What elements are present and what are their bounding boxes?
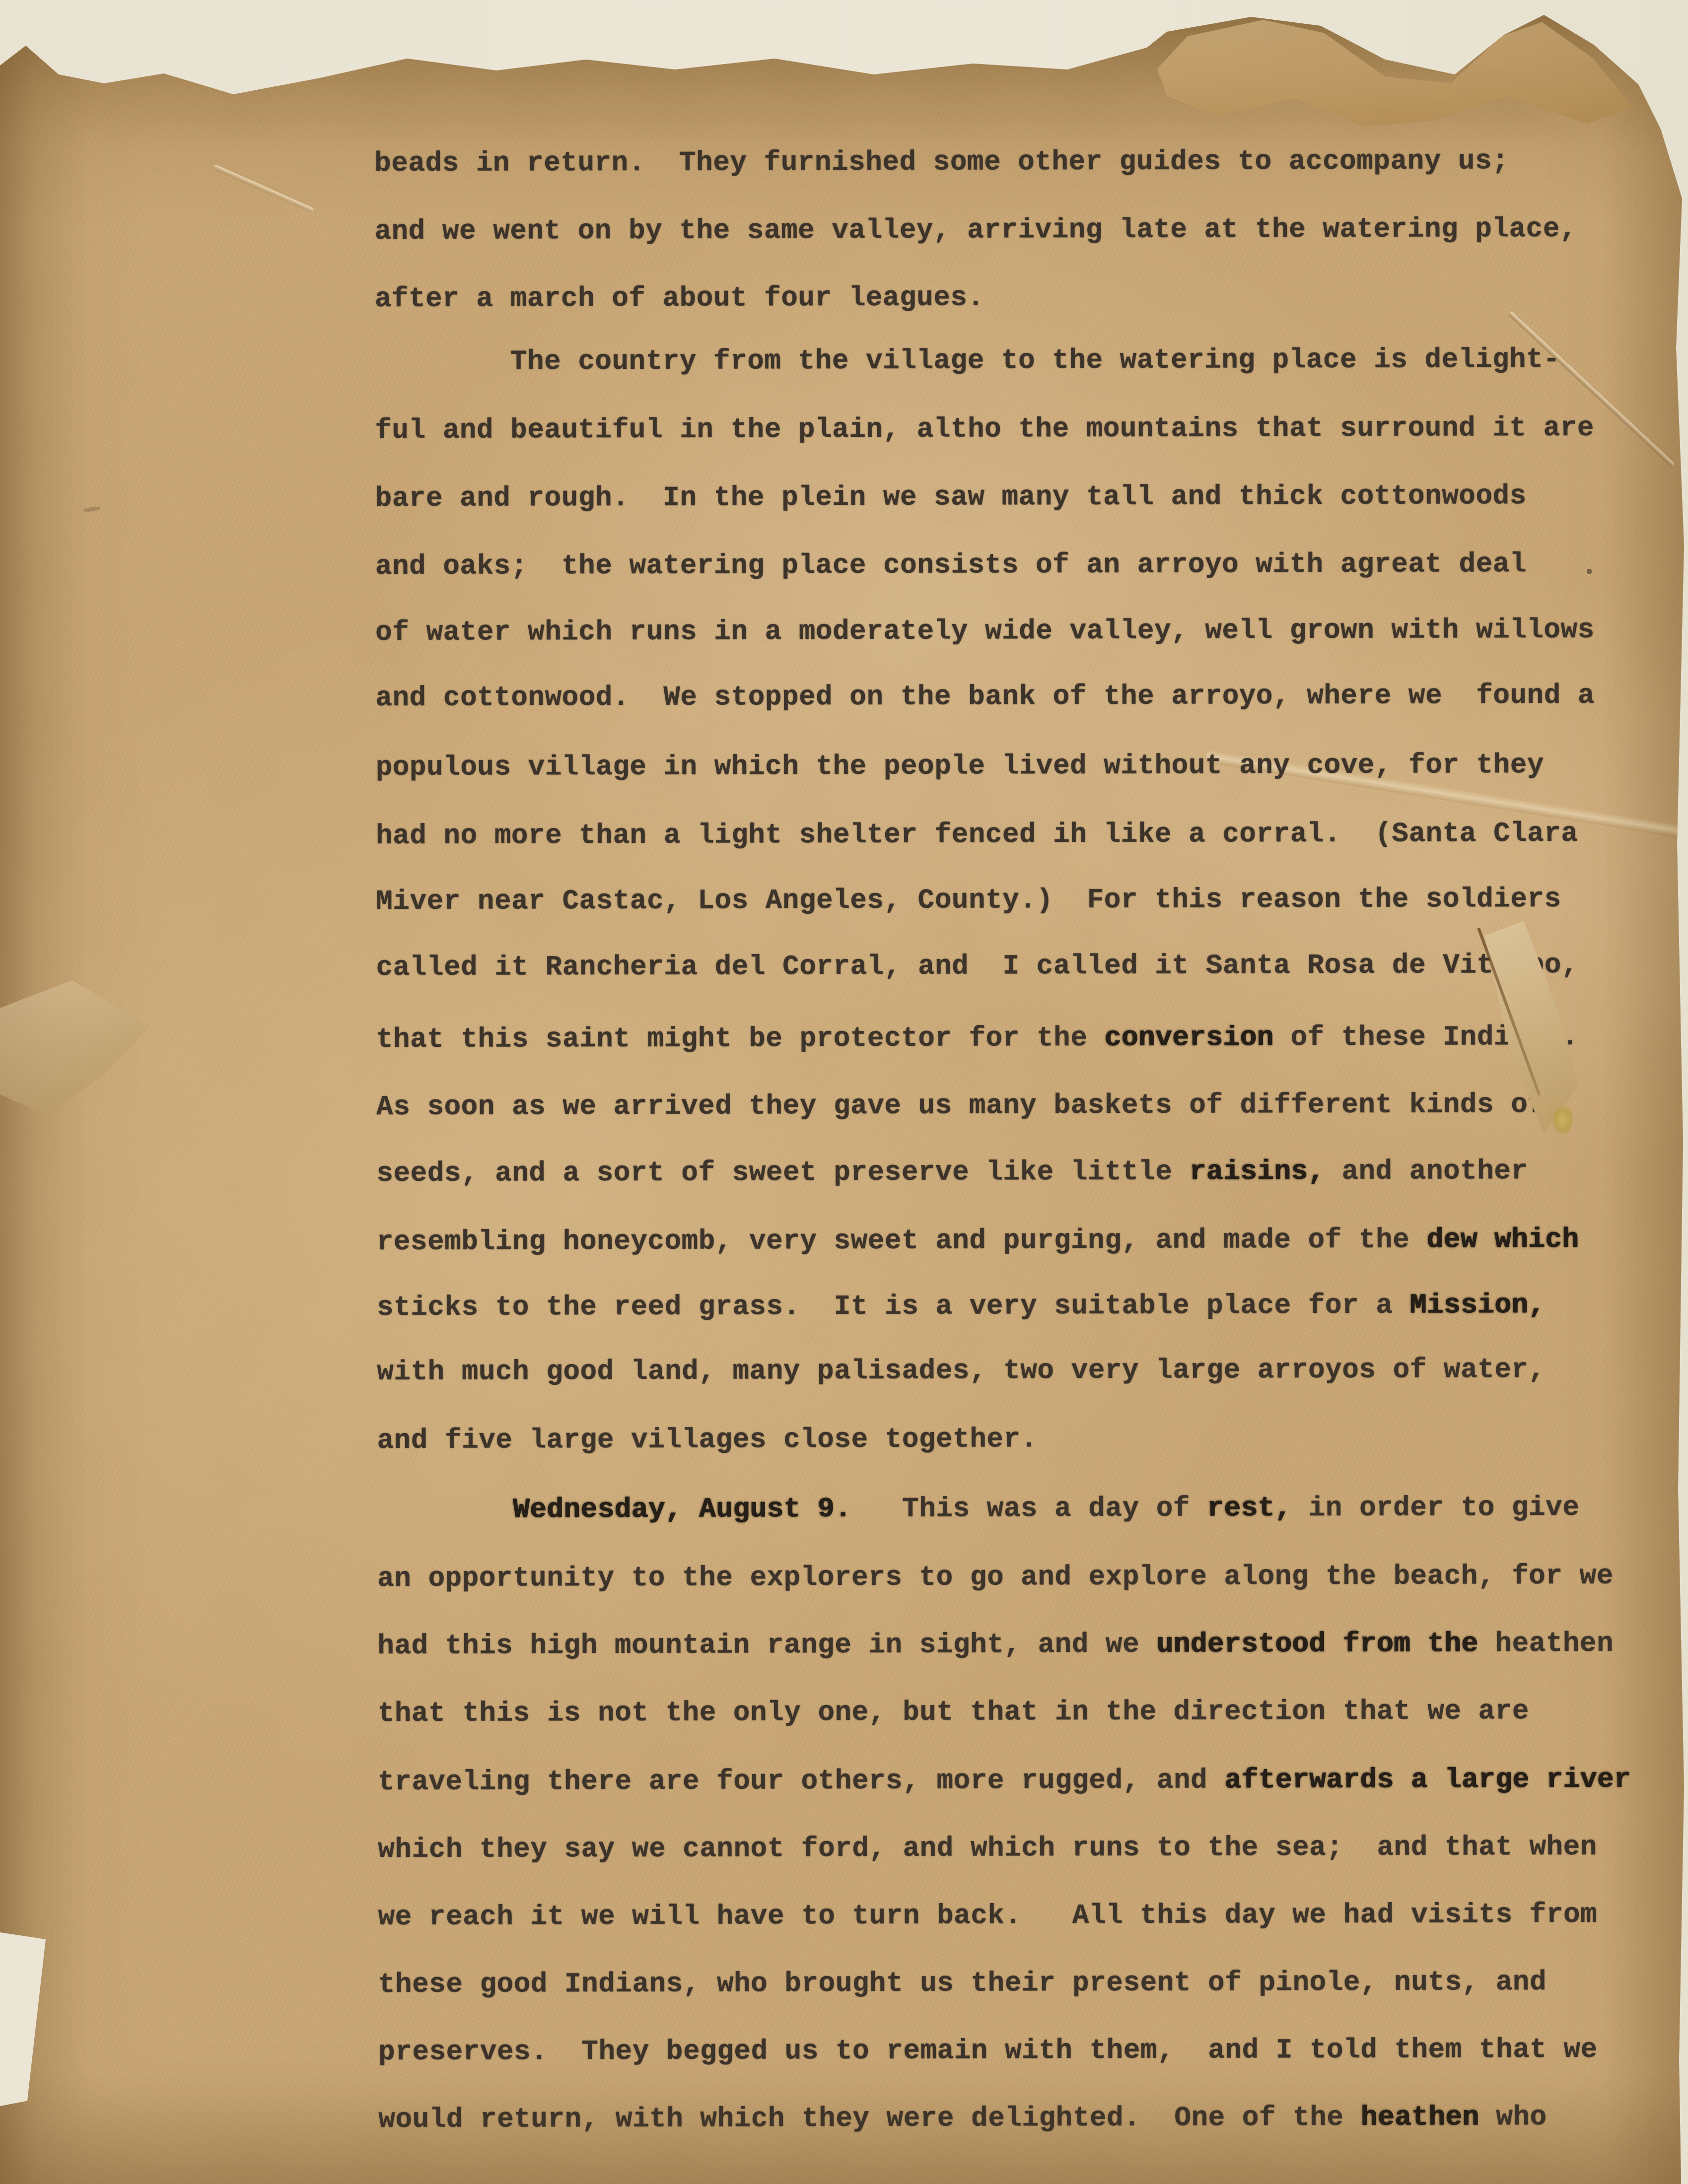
text-line: beads in return. They furnished some oth… — [374, 145, 1509, 179]
text-segment: bare and rough. In the plein we saw many… — [375, 480, 1526, 514]
text-segment: of these Indians. — [1273, 1021, 1578, 1053]
text-segment: rest, — [1207, 1492, 1292, 1524]
text-segment: had no more than a light shelter fenced … — [376, 818, 1578, 852]
text-segment: an opportunity to the explorers to go an… — [377, 1560, 1614, 1594]
text-segment: populous village in which the people liv… — [376, 749, 1544, 783]
text-segment: sticks to the reed grass. It is a very s… — [377, 1290, 1410, 1323]
text-line: and cottonwood. We stopped on the bank o… — [375, 680, 1595, 714]
text-segment: heathen — [1360, 2101, 1479, 2133]
text-segment: that this saint might be protector for t… — [376, 1022, 1105, 1055]
text-line: and five large villages close together. — [377, 1423, 1037, 1456]
text-line: and we went on by the same valley, arriv… — [374, 213, 1577, 247]
text-segment: in order to give — [1291, 1492, 1579, 1524]
text-segment: resembling honeycomb, very sweet and pur… — [377, 1224, 1427, 1258]
text-line: we reach it we will have to turn back. A… — [378, 1899, 1597, 1933]
text-segment: preserves. They begged us to remain with… — [378, 2034, 1598, 2068]
text-segment: would return, with which they were delig… — [378, 2102, 1360, 2135]
text-segment: called it Rancheria del Corral, and I ca… — [376, 949, 1578, 983]
text-line: traveling there are four others, more ru… — [378, 1764, 1631, 1798]
text-segment: which they say we cannot ford, and which… — [378, 1831, 1597, 1865]
text-segment: As soon as we arrived they gave us many … — [376, 1089, 1545, 1123]
text-line: which they say we cannot ford, and which… — [378, 1831, 1597, 1865]
text-line: resembling honeycomb, very sweet and pur… — [377, 1224, 1579, 1258]
text-line: bare and rough. In the plein we saw many… — [375, 480, 1526, 514]
text-line: As soon as we arrived they gave us many … — [376, 1089, 1545, 1123]
text-segment: and another — [1325, 1155, 1528, 1187]
text-segment: who — [1479, 2101, 1547, 2133]
text-segment: with much good land, many palisades, two… — [377, 1354, 1545, 1388]
text-line: Miver near Castac, Los Angeles, County.)… — [376, 883, 1561, 917]
text-line: Wednesday, August 9. This was a day of r… — [377, 1492, 1580, 1526]
paper-sheet: Page 2. beads in return. They furnished … — [0, 0, 1688, 2184]
text-line: with much good land, many palisades, two… — [377, 1354, 1545, 1388]
ink-speck — [308, 49, 320, 68]
text-segment: beads in return. They furnished some oth… — [374, 145, 1509, 179]
text-line: these good Indians, who brought us their… — [378, 1966, 1547, 2000]
text-line: that this is not the only one, but that … — [378, 1695, 1529, 1729]
text-segment: and we went on by the same valley, arriv… — [374, 213, 1577, 247]
text-segment: This was a day of — [851, 1492, 1207, 1525]
text-line: called it Rancheria del Corral, and I ca… — [376, 949, 1578, 983]
text-line: populous village in which the people liv… — [376, 749, 1544, 783]
text-line: seeds, and a sort of sweet preserve like… — [376, 1155, 1528, 1189]
text-segment: Wednesday, August 9. — [513, 1493, 851, 1525]
typewritten-text: Page 2. beads in return. They furnished … — [0, 0, 1688, 2184]
text-line: had no more than a light shelter fenced … — [376, 818, 1578, 852]
text-line: The country from the village to the wate… — [375, 343, 1560, 378]
text-segment: had this high mountain range in sight, a… — [377, 1629, 1156, 1662]
text-segment: seeds, and a sort of sweet preserve like… — [376, 1156, 1189, 1189]
text-line: after a march of about four leagues. — [375, 281, 985, 315]
text-line: of water which runs in a moderately wide… — [375, 614, 1595, 648]
page-label: Page 2. — [697, 28, 822, 61]
text-segment: dew which — [1426, 1224, 1579, 1256]
text-segment: that this is not the only one, but that … — [378, 1695, 1529, 1729]
text-segment: of water which runs in a moderately wide… — [375, 614, 1595, 648]
text-segment: and cottonwood. We stopped on the bank o… — [375, 680, 1595, 714]
text-line: and oaks; the watering place consists of… — [375, 548, 1527, 582]
text-segment: and oaks; the watering place consists of… — [375, 548, 1527, 582]
text-line: that this saint might be protector for t… — [376, 1021, 1579, 1055]
text-segment: and five large villages close together. — [377, 1423, 1037, 1456]
text-line: ful and beautiful in the plain, altho th… — [375, 412, 1594, 446]
text-line: preserves. They begged us to remain with… — [378, 2034, 1598, 2068]
text-line: an opportunity to the explorers to go an… — [377, 1560, 1614, 1594]
text-segment: conversion — [1104, 1022, 1273, 1054]
text-segment: afterwards a large river — [1224, 1764, 1631, 1796]
text-segment: these good Indians, who brought us their… — [378, 1966, 1547, 2000]
text-segment: raisins, — [1189, 1156, 1325, 1188]
text-segment: after a march of about four leagues. — [375, 281, 985, 315]
text-segment: understood from the — [1156, 1628, 1478, 1660]
text-segment: heathen — [1478, 1628, 1614, 1660]
text-segment: ful and beautiful in the plain, altho th… — [375, 412, 1594, 446]
scan-background: { "document": { "page_label": "Page 2.",… — [0, 0, 1688, 2184]
text-line: would return, with which they were delig… — [378, 2101, 1547, 2135]
text-line: had this high mountain range in sight, a… — [377, 1628, 1614, 1662]
text-segment: The country from the village to the wate… — [375, 343, 1560, 378]
text-line: sticks to the reed grass. It is a very s… — [377, 1289, 1545, 1323]
text-segment — [377, 1494, 513, 1526]
text-segment: traveling there are four others, more ru… — [378, 1764, 1224, 1798]
text-segment: Miver near Castac, Los Angeles, County.)… — [376, 883, 1561, 917]
text-segment: Mission, — [1409, 1289, 1545, 1321]
text-segment: we reach it we will have to turn back. A… — [378, 1899, 1597, 1933]
